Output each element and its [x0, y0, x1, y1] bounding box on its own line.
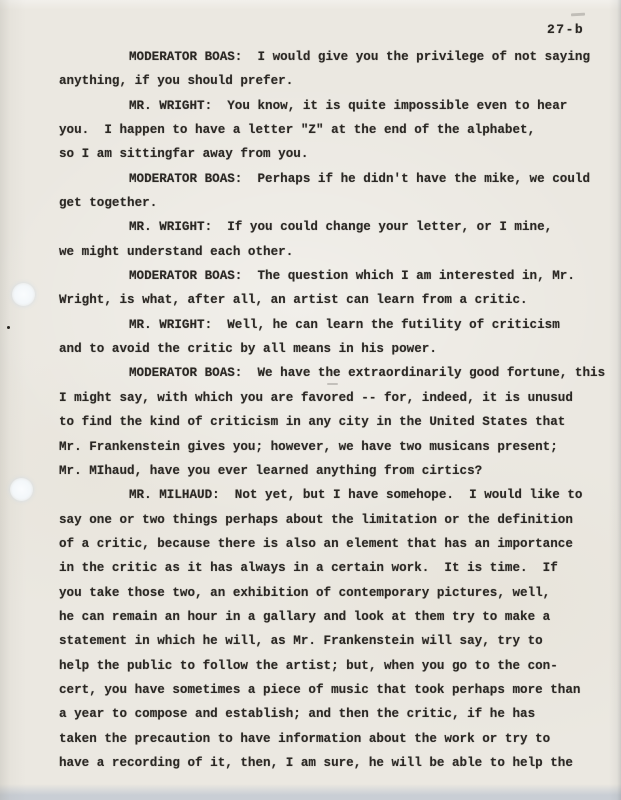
transcript-line: help the public to follow the artist; bu… — [59, 654, 599, 678]
transcript-line: we might understand each other. — [59, 240, 599, 264]
transcript-line: Mr. Frankenstein gives you; however, we … — [59, 435, 599, 459]
transcript-line: to find the kind of criticism in any cit… — [59, 410, 599, 434]
transcript-line: taken the precaution to have information… — [59, 727, 599, 751]
punch-hole — [12, 283, 35, 306]
punch-hole — [10, 478, 33, 501]
pencil-mark — [571, 13, 585, 16]
transcript-line: MODERATOR BOAS: I would give you the pri… — [59, 45, 599, 69]
transcript-line: statement in which he will, as Mr. Frank… — [59, 629, 599, 653]
transcript-line: you take those two, an exhibition of con… — [59, 581, 599, 605]
ink-speck — [7, 326, 10, 329]
transcript-body: MODERATOR BOAS: I would give you the pri… — [59, 45, 599, 775]
transcript-line: have a recording of it, then, I am sure,… — [59, 751, 599, 775]
transcript-line: Wright, is what, after all, an artist ca… — [59, 288, 599, 312]
transcript-line: of a critic, because there is also an el… — [59, 532, 599, 556]
transcript-line: he can remain an hour in a gallary and l… — [59, 605, 599, 629]
transcript-line: and to avoid the critic by all means in … — [59, 337, 599, 361]
transcript-line: MR. WRIGHT: If you could change your let… — [59, 215, 599, 239]
transcript-line: Mr. MIhaud, have you ever learned anythi… — [59, 459, 599, 483]
transcript-line: MR. MILHAUD: Not yet, but I have somehop… — [59, 483, 599, 507]
page-number: 27-b — [547, 22, 584, 37]
transcript-line: you. I happen to have a letter "Z" at th… — [59, 118, 599, 142]
transcript-line: MR. WRIGHT: You know, it is quite imposs… — [59, 94, 599, 118]
transcript-line: say one or two things perhaps about the … — [59, 508, 599, 532]
document-page: 27-b MODERATOR BOAS: I would give you th… — [0, 0, 621, 800]
transcript-line: MODERATOR BOAS: We have the extraordinar… — [59, 361, 599, 385]
transcript-line: so I am sittingfar away from you. — [59, 142, 599, 166]
transcript-line: MODERATOR BOAS: The question which I am … — [59, 264, 599, 288]
transcript-line: anything, if you should prefer. — [59, 69, 599, 93]
transcript-line: get together. — [59, 191, 599, 215]
transcript-line: a year to compose and establish; and the… — [59, 702, 599, 726]
transcript-line: MODERATOR BOAS: Perhaps if he didn't hav… — [59, 167, 599, 191]
transcript-line: MR. WRIGHT: Well, he can learn the futil… — [59, 313, 599, 337]
transcript-line: cert, you have sometimes a piece of musi… — [59, 678, 599, 702]
transcript-line: in the critic as it has always in a cert… — [59, 556, 599, 580]
transcript-line: I might say, with which you are favored … — [59, 386, 599, 410]
